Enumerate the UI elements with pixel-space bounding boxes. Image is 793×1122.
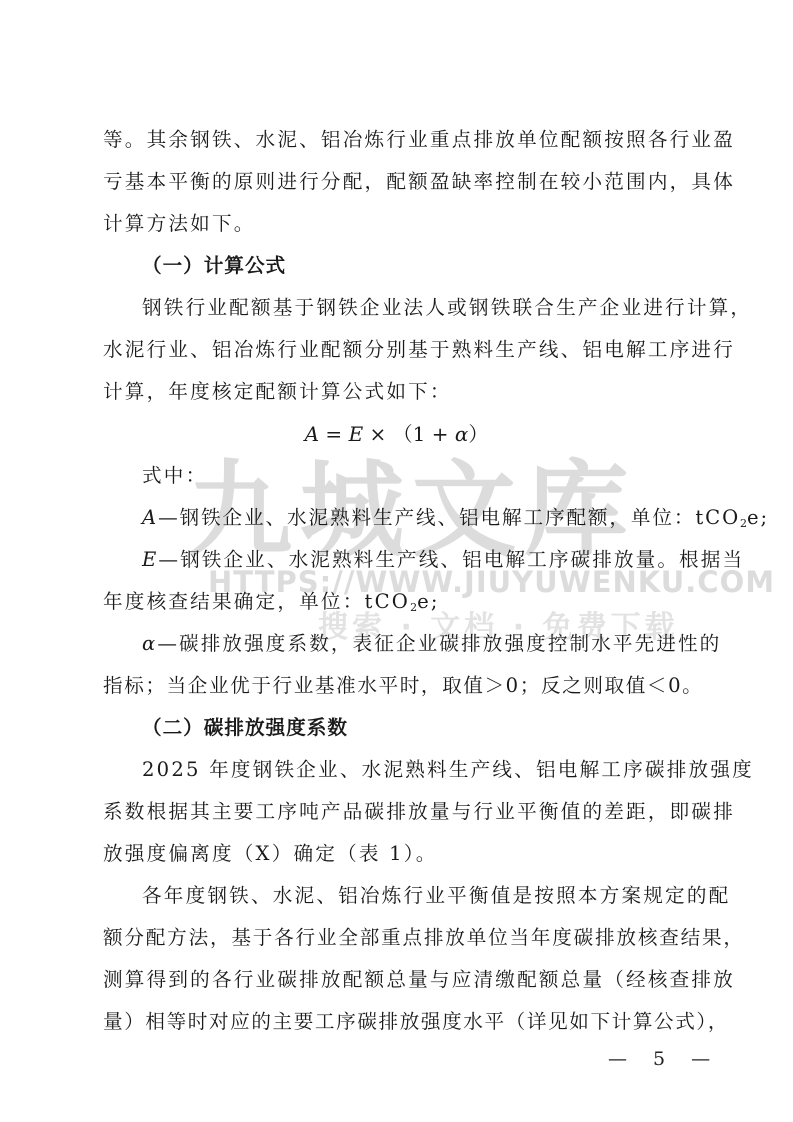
- var-a: A: [142, 506, 158, 529]
- document-page: 九城文库 HTTPS://WWW.JIUYUWENKU.COM 搜索 · 文档 …: [0, 0, 793, 1122]
- var-alpha: α: [142, 632, 157, 655]
- paragraph-line: 水泥行业、铝冶炼行业配额分别基于熟料生产线、铝电解工序进行: [103, 337, 691, 363]
- definition-e-text-cont: 年度核查结果确定，单位：tCO: [103, 590, 410, 613]
- formula-times: × （1 +: [363, 422, 455, 446]
- unit-suffix: e;: [747, 506, 769, 529]
- subscript-2: 2: [410, 601, 417, 614]
- allocation-formula: A = E × （1 + α）: [0, 421, 793, 447]
- paragraph-line: 量）相等时对应的主要工序碳排放强度水平（详见如下计算公式），: [103, 1009, 691, 1035]
- var-e: E: [142, 548, 158, 571]
- formula-var-e: E: [349, 422, 364, 446]
- paragraph-line: 指标；当企业优于行业基准水平时，取值＞0；反之则取值＜0。: [103, 673, 691, 699]
- formula-var-alpha: α: [455, 422, 469, 446]
- paragraph-line: 放强度偏离度（X）确定（表 1）。: [103, 841, 691, 867]
- section-heading-coefficient: （二）碳排放强度系数: [142, 715, 691, 741]
- formula-var-a: A: [305, 422, 319, 446]
- paragraph-line: 等。其余钢铁、水泥、铝冶炼行业重点排放单位配额按照各行业盈: [103, 127, 691, 153]
- formula-equals: =: [319, 422, 348, 446]
- paragraph-line: 钢铁行业配额基于钢铁企业法人或钢铁联合生产企业进行计算，: [142, 295, 691, 321]
- definition-alpha: α—碳排放强度系数，表征企业碳排放强度控制水平先进性的: [142, 631, 691, 657]
- paragraph-line: 2025 年度钢铁企业、水泥熟料生产线、铝电解工序碳排放强度: [142, 757, 691, 783]
- definition-e-text: —钢铁企业、水泥熟料生产线、铝电解工序碳排放量。根据当: [158, 548, 744, 571]
- paragraph-line: 计算，年度核定配额计算公式如下：: [103, 379, 691, 405]
- paragraph-line: 系数根据其主要工序吨产品碳排放量与行业平衡值的差距，即碳排: [103, 799, 691, 825]
- paragraph-line: 额分配方法，基于各行业全部重点排放单位当年度碳排放核查结果，: [103, 925, 691, 951]
- definition-a-text: —钢铁企业、水泥熟料生产线、铝电解工序配额，单位：tCO: [158, 506, 740, 529]
- subscript-2: 2: [740, 517, 747, 530]
- where-label: 式中：: [142, 463, 691, 489]
- unit-suffix: e;: [417, 590, 440, 613]
- paragraph-line: 亏基本平衡的原则进行分配，配额盈缺率控制在较小范围内，具体: [103, 169, 691, 195]
- page-number: — 5 —: [608, 1046, 720, 1072]
- definition-a: A—钢铁企业、水泥熟料生产线、铝电解工序配额，单位：tCO2e;: [142, 505, 691, 537]
- paragraph-line: 测算得到的各行业碳排放配额总量与应清缴配额总量（经核查排放: [103, 967, 691, 993]
- definition-alpha-text: —碳排放强度系数，表征企业碳排放强度控制水平先进性的: [157, 632, 721, 655]
- formula-close: ）: [468, 422, 488, 446]
- section-heading-formula: （一）计算公式: [142, 253, 691, 279]
- paragraph-line: 计算方法如下。: [103, 211, 691, 237]
- definition-e-cont: 年度核查结果确定，单位：tCO2e;: [103, 589, 691, 621]
- paragraph-line: 各年度钢铁、水泥、铝冶炼行业平衡值是按照本方案规定的配: [142, 883, 691, 909]
- definition-e: E—钢铁企业、水泥熟料生产线、铝电解工序碳排放量。根据当: [142, 547, 691, 573]
